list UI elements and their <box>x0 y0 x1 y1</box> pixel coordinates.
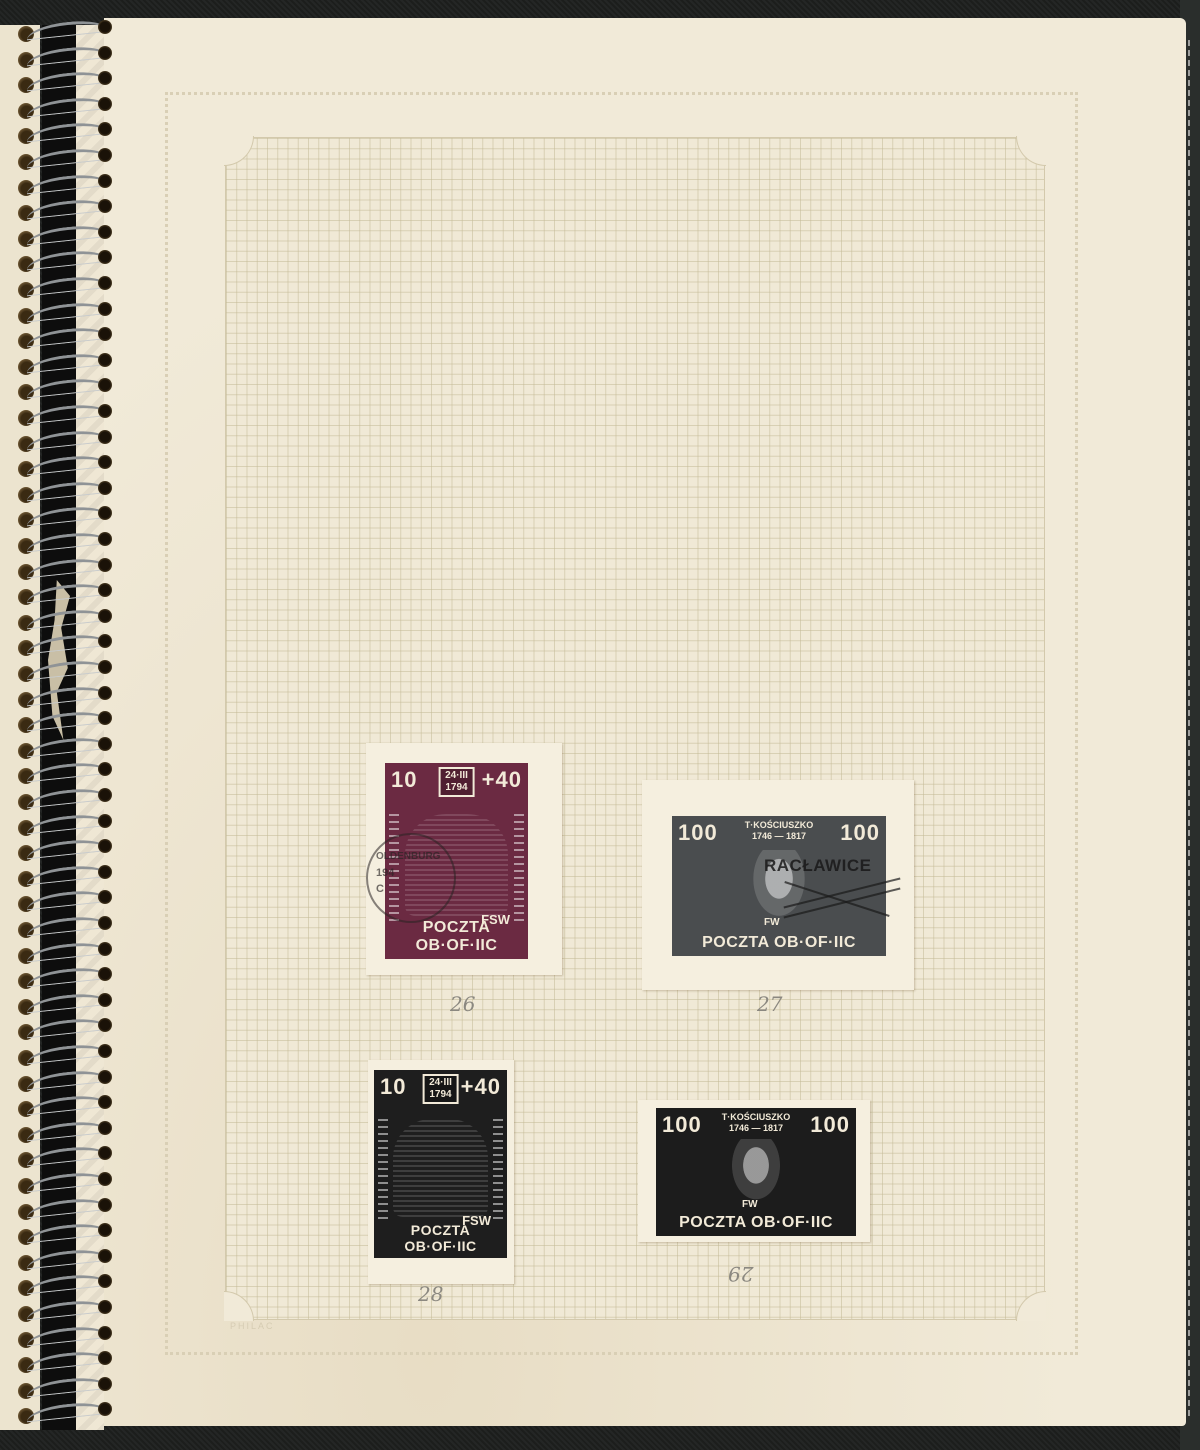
punch-hole <box>98 993 112 1007</box>
date-line-1: 24·III <box>445 770 468 782</box>
spiral-binding <box>12 20 112 1430</box>
punch-hole <box>98 1249 112 1263</box>
stamp-mount-28: 10 +40 24·III 1794 FSW POCZTA OB·OF·IIC <box>368 1060 514 1284</box>
spiral-ring <box>12 1121 112 1147</box>
punch-hole <box>98 583 112 597</box>
date-line-2: 1794 <box>429 1089 452 1101</box>
punch-hole <box>98 1044 112 1058</box>
catalog-number-27: 27 <box>757 992 782 1016</box>
punch-hole <box>98 225 112 239</box>
page-imprint: PHILAC <box>230 1321 275 1331</box>
stamp-inscription: POCZTA OB·OF·IIC <box>374 1222 507 1254</box>
spiral-ring <box>12 250 112 276</box>
spiral-ring <box>12 174 112 200</box>
spiral-ring <box>12 558 112 584</box>
spiral-ring <box>12 609 112 635</box>
postmark-line: C <box>376 881 454 897</box>
punch-hole <box>98 762 112 776</box>
stamp-inscription: POCZTA OB·OF·IIC <box>672 934 886 952</box>
punch-hole <box>98 302 112 316</box>
punch-hole <box>98 916 112 930</box>
punch-hole <box>98 327 112 341</box>
spiral-ring <box>12 711 112 737</box>
punch-hole <box>98 788 112 802</box>
punch-hole <box>98 814 112 828</box>
stamp-monogram: FW <box>764 917 780 928</box>
stamp-overprint: RACŁAWICE <box>764 856 871 876</box>
spiral-ring <box>12 199 112 225</box>
spiral-ring <box>12 46 112 72</box>
spiral-ring <box>12 634 112 660</box>
spiral-ring <box>12 1198 112 1224</box>
spiral-ring <box>12 225 112 251</box>
postmark-line: 194 <box>376 865 454 881</box>
stamp-header: T·KOŚCIUSZKO 1746 — 1817 <box>722 1112 791 1134</box>
stamp-monogram: FW <box>742 1199 758 1210</box>
punch-hole <box>98 634 112 648</box>
spiral-ring <box>12 762 112 788</box>
laurel-icon <box>514 814 524 924</box>
punch-hole <box>98 1070 112 1084</box>
laurel-icon <box>378 1119 388 1224</box>
grid-area <box>225 137 1045 1320</box>
spiral-ring <box>12 353 112 379</box>
spiral-ring <box>12 506 112 532</box>
postmark-cancel: OLDENBURG 194 C <box>366 833 456 923</box>
punch-hole <box>98 839 112 853</box>
spiral-ring <box>12 1326 112 1352</box>
postmark-line: OLDENBURG <box>376 849 454 865</box>
catalog-number-28: 28 <box>418 1282 443 1306</box>
spiral-ring <box>12 276 112 302</box>
stamp-date: 24·III 1794 <box>422 1074 459 1104</box>
stamp-value-left: 100 <box>678 820 718 846</box>
stamp-27[interactable]: 100 100 T·KOŚCIUSZKO 1746 — 1817 FW POCZ… <box>672 816 886 956</box>
header-line-2: 1746 — 1817 <box>745 831 814 842</box>
punch-hole <box>98 122 112 136</box>
punch-hole <box>98 1121 112 1135</box>
spiral-ring <box>12 1044 112 1070</box>
spiral-ring <box>12 839 112 865</box>
spiral-ring <box>12 327 112 353</box>
stamp-inscription: POCZTA OB·OF·IIC <box>385 919 528 955</box>
stamp-header: T·KOŚCIUSZKO 1746 — 1817 <box>745 820 814 842</box>
stamp-value-left: 100 <box>662 1112 702 1138</box>
laurel-icon <box>493 1119 503 1224</box>
catalog-number-29: 29 <box>728 1262 753 1286</box>
punch-hole <box>98 1326 112 1340</box>
punch-hole <box>98 532 112 546</box>
punch-hole <box>98 1274 112 1288</box>
spiral-ring <box>12 788 112 814</box>
stamp-value-right: +40 <box>461 1074 501 1100</box>
stamp-mount-27: 100 100 T·KOŚCIUSZKO 1746 — 1817 FW POCZ… <box>642 780 914 990</box>
punch-hole <box>98 890 112 904</box>
punch-hole <box>98 199 112 213</box>
punch-hole <box>98 1095 112 1109</box>
punch-hole <box>98 174 112 188</box>
punch-hole <box>98 353 112 367</box>
spiral-ring <box>12 404 112 430</box>
stamp-29[interactable]: 100 100 T·KOŚCIUSZKO 1746 — 1817 FW POCZ… <box>656 1108 856 1236</box>
punch-hole <box>98 660 112 674</box>
punch-hole <box>98 1198 112 1212</box>
spiral-ring <box>12 1402 112 1428</box>
spiral-ring <box>12 1300 112 1326</box>
stamp-date: 24·III 1794 <box>438 767 475 797</box>
spiral-ring <box>12 686 112 712</box>
spiral-ring <box>12 865 112 891</box>
punch-hole <box>98 250 112 264</box>
spiral-ring <box>12 583 112 609</box>
punch-hole <box>98 276 112 290</box>
spiral-ring <box>12 1095 112 1121</box>
punch-hole <box>98 378 112 392</box>
kosciuszko-portrait <box>728 1139 784 1206</box>
header-line-1: T·KOŚCIUSZKO <box>722 1112 791 1123</box>
insurgents-illustration <box>393 1119 489 1217</box>
spiral-ring <box>12 737 112 763</box>
date-line-1: 24·III <box>429 1077 452 1089</box>
header-line-1: T·KOŚCIUSZKO <box>745 820 814 831</box>
punch-hole <box>98 506 112 520</box>
stamp-value-left: 10 <box>391 767 417 793</box>
stamp-value-right: 100 <box>840 820 880 846</box>
punch-hole <box>98 71 112 85</box>
stamp-value-left: 10 <box>380 1074 406 1100</box>
spiral-ring <box>12 532 112 558</box>
spiral-ring <box>12 660 112 686</box>
spiral-ring <box>12 148 112 174</box>
spiral-ring <box>12 1223 112 1249</box>
spiral-ring <box>12 890 112 916</box>
punch-hole <box>98 1223 112 1237</box>
spiral-ring <box>12 1351 112 1377</box>
spiral-ring <box>12 302 112 328</box>
date-line-2: 1794 <box>445 782 468 794</box>
punch-hole <box>98 1300 112 1314</box>
spiral-ring <box>12 814 112 840</box>
punch-hole <box>98 1377 112 1391</box>
punch-hole <box>98 558 112 572</box>
spiral-ring <box>12 71 112 97</box>
punch-hole <box>98 686 112 700</box>
graph-grid <box>225 137 1045 1320</box>
spiral-ring <box>12 1018 112 1044</box>
spiral-ring <box>12 1249 112 1275</box>
stamp-28[interactable]: 10 +40 24·III 1794 FSW POCZTA OB·OF·IIC <box>374 1070 507 1258</box>
punch-hole <box>98 1402 112 1416</box>
cover-stitch <box>1188 40 1190 1420</box>
punch-hole <box>98 737 112 751</box>
spiral-ring <box>12 916 112 942</box>
header-line-2: 1746 — 1817 <box>722 1123 791 1134</box>
spiral-ring <box>12 1274 112 1300</box>
stamp-mount-29: 100 100 T·KOŚCIUSZKO 1746 — 1817 FW POCZ… <box>638 1100 870 1242</box>
punch-hole <box>98 967 112 981</box>
punch-hole <box>98 481 112 495</box>
spiral-ring <box>12 455 112 481</box>
catalog-number-26: 26 <box>450 992 475 1016</box>
stamp-inscription: POCZTA OB·OF·IIC <box>656 1214 856 1232</box>
punch-hole <box>98 711 112 725</box>
spiral-ring <box>12 20 112 46</box>
spiral-ring <box>12 1070 112 1096</box>
spiral-ring <box>12 993 112 1019</box>
punch-hole <box>98 1146 112 1160</box>
spiral-ring <box>12 378 112 404</box>
punch-hole <box>98 865 112 879</box>
punch-hole <box>98 1351 112 1365</box>
spiral-ring <box>12 1146 112 1172</box>
spiral-ring <box>12 430 112 456</box>
stamp-value-right: +40 <box>482 767 522 793</box>
spiral-ring <box>12 1377 112 1403</box>
stamp-value-right: 100 <box>810 1112 850 1138</box>
punch-hole <box>98 430 112 444</box>
punch-hole <box>98 148 112 162</box>
punch-hole <box>98 609 112 623</box>
spiral-ring <box>12 942 112 968</box>
spiral-ring <box>12 97 112 123</box>
stamp-mount-26: 10 +40 24·III 1794 FSW POCZTA OB·OF·IIC … <box>366 743 562 975</box>
punch-hole <box>98 455 112 469</box>
punch-hole <box>98 46 112 60</box>
spiral-ring <box>12 1172 112 1198</box>
punch-hole <box>98 1172 112 1186</box>
spiral-ring <box>12 481 112 507</box>
punch-hole <box>98 942 112 956</box>
punch-hole <box>98 97 112 111</box>
punch-hole <box>98 404 112 418</box>
punch-hole <box>98 1018 112 1032</box>
punch-hole <box>98 20 112 34</box>
spiral-ring <box>12 122 112 148</box>
spiral-ring <box>12 967 112 993</box>
